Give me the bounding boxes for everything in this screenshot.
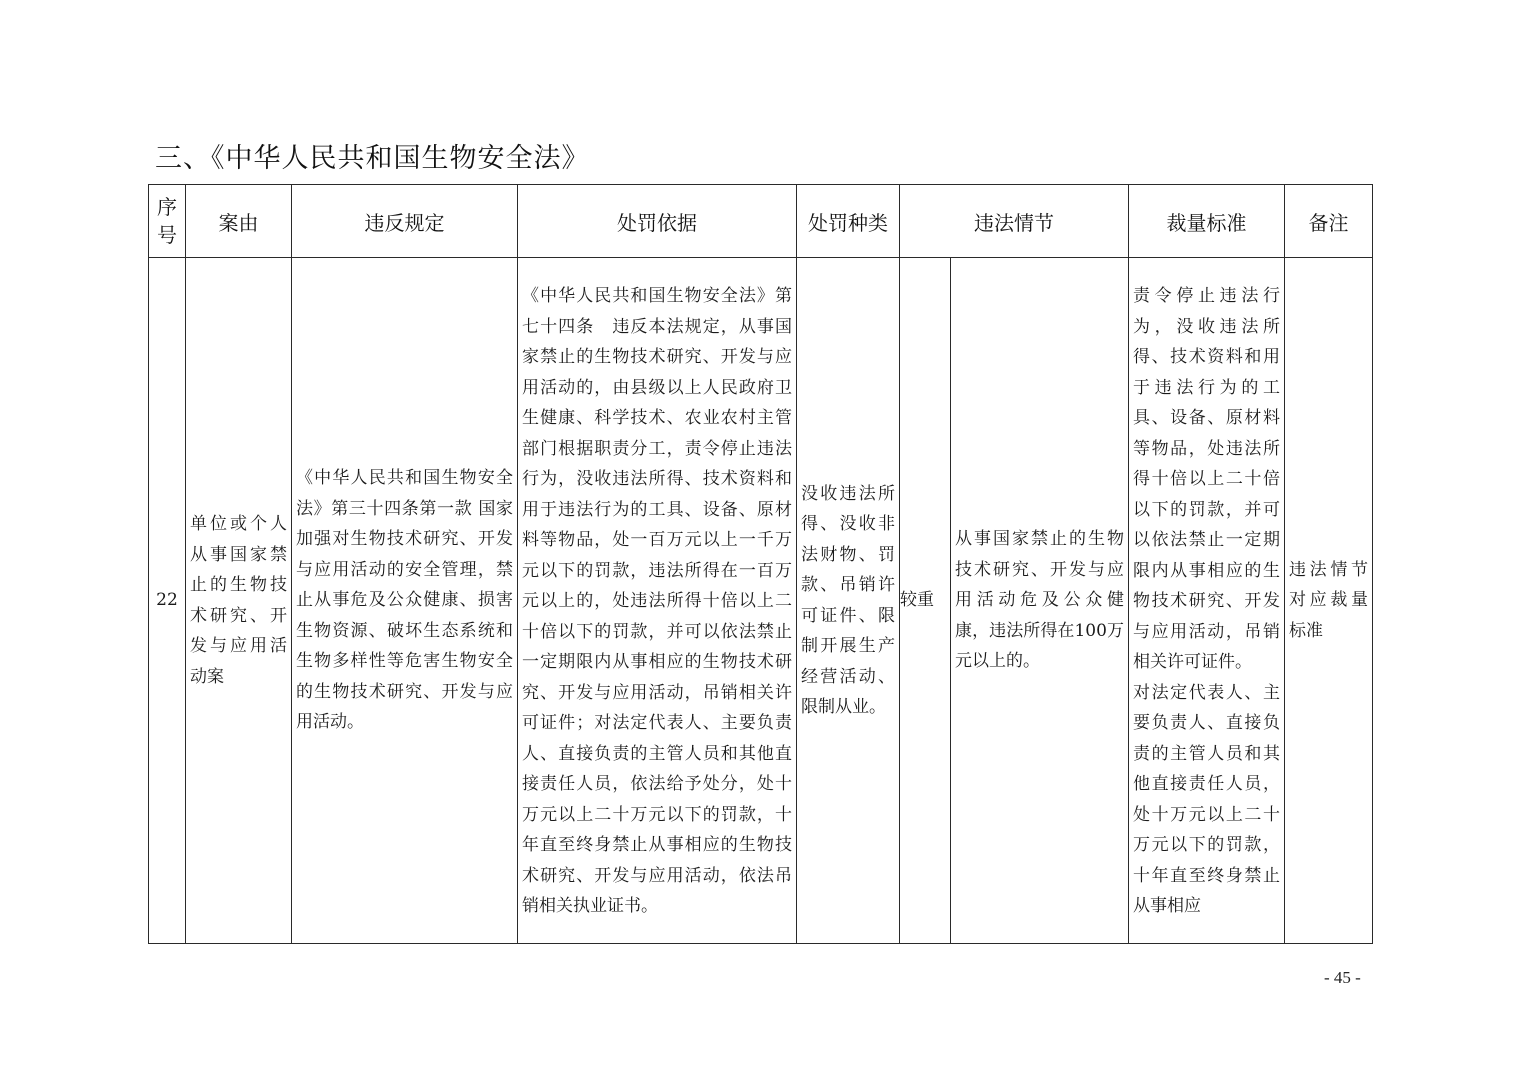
row-circumstance-text: 从事国家禁止的生物技术研究、开发与应用活动危及公众健康，违法所得在100万元以上… (951, 524, 1128, 677)
header-circumstance: 违法情节 (900, 185, 1129, 258)
row-penalty-type: 没收违法所得、没收非法财物、罚款、吊销许可证件、限制开展生产经营活动、限制从业。 (797, 258, 900, 944)
header-remarks: 备注 (1285, 185, 1373, 258)
row-basis: 《中华人民共和国生物安全法》第七十四条 违反本法规定，从事国家禁止的生物技术研究… (518, 258, 797, 944)
header-violation: 违反规定 (292, 185, 518, 258)
penalty-discretion-table: 序 号 案由 违反规定 处罚依据 处罚种类 违法情节 裁量标准 备注 22 单位… (148, 184, 1373, 944)
row-penalty-type-text: 没收违法所得、没收非法财物、罚款、吊销许可证件、限制开展生产经营活动、限制从业。 (797, 479, 899, 723)
header-row: 序 号 案由 违反规定 处罚依据 处罚种类 违法情节 裁量标准 备注 (149, 185, 1373, 258)
header-seq: 序 号 (149, 185, 186, 258)
row-severity: 较重 (900, 258, 951, 944)
row-standard: 责令停止违法行为，没收违法所得、技术资料和用于违法行为的工具、设备、原材料等物品… (1129, 258, 1285, 944)
row-remarks-text: 违法情节对应裁量标准 (1285, 555, 1372, 647)
row-basis-text: 《中华人民共和国生物安全法》第七十四条 违反本法规定，从事国家禁止的生物技术研究… (518, 279, 796, 922)
page-number: - 45 - (1324, 968, 1361, 988)
header-seq-line2: 号 (149, 221, 185, 249)
header-basis: 处罚依据 (518, 185, 797, 258)
row-circumstance: 从事国家禁止的生物技术研究、开发与应用活动危及公众健康，违法所得在100万元以上… (951, 258, 1129, 944)
row-case: 单位或个人从事国家禁止的生物技术研究、开发与应用活动案 (186, 258, 292, 944)
table-row: 22 单位或个人从事国家禁止的生物技术研究、开发与应用活动案 《中华人民共和国生… (149, 258, 1373, 944)
row-severity-text: 较重 (900, 585, 950, 616)
header-case: 案由 (186, 185, 292, 258)
row-remarks: 违法情节对应裁量标准 (1285, 258, 1373, 944)
row-seq: 22 (149, 258, 186, 944)
section-title: 三、《中华人民共和国生物安全法》 (155, 136, 590, 175)
row-violation-text: 《中华人民共和国生物安全法》第三十四条第一款 国家加强对生物技术研究、开发与应用… (292, 463, 517, 738)
row-standard-part1: 责令停止违法行为，没收违法所得、技术资料和用于违法行为的工具、设备、原材料等物品… (1133, 281, 1280, 678)
row-standard-part2: 对法定代表人、主要负责人、直接负责的主管人员和其他直接责任人员，处十万元以上二十… (1133, 678, 1280, 922)
header-standard: 裁量标准 (1129, 185, 1285, 258)
header-penalty-type: 处罚种类 (797, 185, 900, 258)
row-case-text: 单位或个人从事国家禁止的生物技术研究、开发与应用活动案 (186, 509, 291, 692)
row-violation: 《中华人民共和国生物安全法》第三十四条第一款 国家加强对生物技术研究、开发与应用… (292, 258, 518, 944)
header-seq-line1: 序 (149, 193, 185, 221)
row-standard-text: 责令停止违法行为，没收违法所得、技术资料和用于违法行为的工具、设备、原材料等物品… (1129, 279, 1284, 922)
